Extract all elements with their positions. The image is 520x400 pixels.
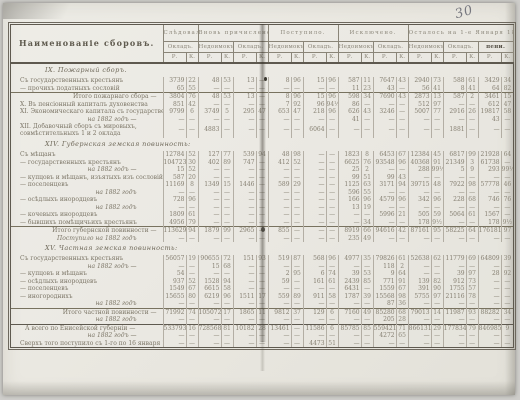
cell-rubles: 295 — [233, 108, 256, 116]
cell-rubles: — — [408, 235, 431, 243]
cell-rubles: 11779 — [443, 255, 466, 263]
cell-rubles: — — [303, 159, 326, 167]
cell-rubles: — — [233, 211, 256, 219]
cell-rubles: 5064 — [443, 211, 466, 219]
cell-kopecks: 77 — [431, 108, 443, 116]
cell-rubles: 3171 — [373, 181, 396, 189]
cell-kopecks: 76 — [361, 159, 373, 167]
row-label: Поступило на 1882 годъ — [11, 235, 163, 243]
cell-rubles: — — [443, 116, 466, 124]
cell-kopecks: — — [501, 116, 513, 124]
cell-kopecks: — — [221, 116, 233, 124]
cell-rubles: 653 — [268, 108, 291, 116]
cell-rubles: 127 — [198, 151, 221, 159]
cell-rubles: 533793 — [163, 324, 186, 332]
cell-rubles: 13461 — [268, 324, 291, 332]
cell-rubles: 43 — [373, 85, 396, 93]
cell-rubles: — — [478, 300, 501, 308]
cell-kopecks: 6 — [326, 324, 338, 332]
cell-kopecks: — — [221, 196, 233, 204]
scanned-ledger-page: 30 Наименованіе сборовъ.Слѣдовало поступ… — [0, 0, 520, 400]
cell-kopecks: 5 — [221, 108, 233, 116]
row-label: на 1882 годъ — — [11, 332, 163, 340]
cell-kopecks: 61 — [396, 255, 408, 263]
cell-kopecks: 73 — [466, 278, 478, 286]
cell-rubles: 129 — [303, 308, 326, 316]
cell-rubles: — — [233, 332, 256, 340]
cell-rubles: 846985 — [478, 324, 501, 332]
cell-rubles: 178 — [408, 219, 431, 227]
cell-kopecks: 15 — [221, 181, 233, 189]
cell-kopecks: 92 — [501, 270, 513, 278]
cell-rubles: 28 — [478, 270, 501, 278]
cell-rubles: — — [268, 116, 291, 124]
unit-kop: К. — [221, 53, 233, 64]
cell-kopecks: 77 — [221, 151, 233, 159]
column-subheader: пени. — [478, 42, 513, 53]
cell-rubles: — — [338, 211, 361, 219]
cell-rubles: 747 — [233, 159, 256, 167]
cell-rubles: — — [198, 332, 221, 340]
cell-rubles: — — [443, 263, 466, 271]
cell-rubles: 1881 — [443, 123, 466, 138]
cell-kopecks: 41 — [466, 85, 478, 93]
cell-rubles: 86 — [338, 101, 361, 109]
cell-rubles: 161 — [303, 278, 326, 286]
cell-rubles: 3461 — [478, 93, 501, 101]
cell-rubles: — — [408, 316, 431, 324]
cell-kopecks: — — [361, 211, 373, 219]
cell-rubles: 205 — [373, 316, 396, 324]
cell-kopecks: — — [221, 204, 233, 212]
cell-kopecks: — — [501, 123, 513, 138]
cell-kopecks: 9½ — [501, 219, 513, 227]
cell-rubles: 3804 — [163, 93, 186, 101]
cell-rubles: 104723 — [163, 159, 186, 167]
cell-rubles: 87 — [373, 300, 396, 308]
cell-kopecks: 9½ — [431, 219, 443, 227]
cell-rubles: — — [373, 101, 396, 109]
cell-rubles: 40368 — [408, 159, 431, 167]
cell-rubles: 64 — [478, 85, 501, 93]
unit-rub: Р. — [478, 53, 501, 64]
cell-kopecks: 61 — [326, 278, 338, 286]
cell-rubles: 48 — [198, 77, 221, 85]
cell-kopecks: — — [361, 316, 373, 324]
cell-rubles: 3739 — [163, 77, 186, 85]
cell-rubles: 1823 — [338, 151, 361, 159]
cell-kopecks: 2 — [396, 263, 408, 271]
row-label: — бывшихъ помѣщичьихъ крестьянъ — [11, 219, 163, 227]
cell-kopecks: 96 — [396, 159, 408, 167]
unit-rub: Р. — [233, 53, 256, 64]
cell-rubles: 4883 — [198, 123, 221, 138]
cell-kopecks: 52 — [186, 166, 198, 174]
unit-kop: К. — [291, 53, 303, 64]
cell-kopecks: — — [291, 219, 303, 227]
cell-kopecks: 37 — [291, 308, 303, 316]
cell-rubles: 587 — [443, 93, 466, 101]
cell-rubles: — — [198, 300, 221, 308]
cell-rubles: — — [338, 263, 361, 271]
cell-kopecks: 34 — [501, 308, 513, 316]
cell-kopecks: 79 — [186, 219, 198, 227]
cell-rubles: — — [233, 123, 256, 138]
cell-kopecks: — — [326, 235, 338, 243]
cell-rubles: — — [338, 340, 361, 348]
cell-rubles: 293 — [478, 166, 501, 174]
cell-rubles: 9812 — [268, 308, 291, 316]
cell-rubles: — — [478, 293, 501, 301]
cell-kopecks: — — [431, 300, 443, 308]
cell-kopecks: 61 — [466, 211, 478, 219]
cell-rubles: 6431 — [338, 285, 361, 293]
cell-rubles: 93548 — [373, 159, 396, 167]
cell-rubles: — — [198, 85, 221, 93]
unit-kop: К. — [361, 53, 373, 64]
cell-kopecks: — — [326, 189, 338, 197]
cell-kopecks: — — [186, 332, 198, 340]
cell-rubles: — — [198, 101, 221, 109]
cell-kopecks: — — [326, 300, 338, 308]
cell-kopecks: 91 — [431, 159, 443, 167]
cell-rubles: 13 — [233, 77, 256, 85]
cell-kopecks: — — [291, 211, 303, 219]
cell-rubles: — — [303, 85, 326, 93]
cell-kopecks: 14 — [431, 308, 443, 316]
cell-kopecks: 64 — [466, 227, 478, 235]
cell-kopecks: — — [291, 332, 303, 340]
cell-rubles: 5755 — [408, 293, 431, 301]
unit-kop: К. — [326, 53, 338, 64]
cell-rubles: — — [303, 285, 326, 293]
cell-rubles: 96 — [303, 101, 326, 109]
cell-rubles: — — [198, 189, 221, 197]
cell-kopecks: 6 — [326, 308, 338, 316]
cell-kopecks: 94 — [186, 227, 198, 235]
cell-rubles: 8 — [268, 93, 291, 101]
cell-rubles: — — [408, 270, 431, 278]
cell-rubles: 21116 — [443, 293, 466, 301]
cell-rubles: 5007 — [408, 108, 431, 116]
cell-kopecks: 82 — [501, 85, 513, 93]
cell-kopecks: 96 — [326, 93, 338, 101]
cell-rubles: 39 — [443, 270, 466, 278]
cell-rubles: 8 — [268, 77, 291, 85]
cell-kopecks: 97 — [431, 293, 443, 301]
cell-kopecks: 87 — [291, 255, 303, 263]
cell-kopecks: 98 — [291, 151, 303, 159]
cell-kopecks: — — [361, 340, 373, 348]
cell-rubles: — — [478, 174, 501, 182]
cell-kopecks: — — [501, 211, 513, 219]
cell-kopecks: 94 — [396, 181, 408, 189]
cell-kopecks: 35 — [361, 255, 373, 263]
cell-kopecks: — — [221, 189, 233, 197]
cell-rubles: 588 — [443, 77, 466, 85]
cell-kopecks: 23 — [361, 85, 373, 93]
cell-kopecks: 98 — [396, 293, 408, 301]
cell-kopecks: — — [291, 285, 303, 293]
cell-kopecks: — — [501, 204, 513, 212]
cell-rubles: — — [303, 174, 326, 182]
cell-kopecks: 11 — [361, 77, 373, 85]
cell-rubles: 151 — [233, 255, 256, 263]
row-label: — купцовъ и мѣщанъ — [11, 270, 163, 278]
cell-rubles: 21349 — [443, 159, 466, 167]
cell-rubles: — — [268, 174, 291, 182]
cell-kopecks: 99 — [466, 151, 478, 159]
cell-kopecks: 45 — [431, 151, 443, 159]
cell-kopecks: — — [291, 166, 303, 174]
cell-kopecks: 57 — [466, 285, 478, 293]
cell-rubles: 56 — [408, 85, 431, 93]
cell-kopecks: — — [501, 340, 513, 348]
cell-rubles: 3749 — [198, 108, 221, 116]
cell-kopecks: — — [221, 174, 233, 182]
cell-rubles: 9 — [373, 270, 396, 278]
cell-rubles: — — [303, 300, 326, 308]
cell-kopecks: 53 — [221, 93, 233, 101]
cell-rubles: — — [163, 123, 186, 138]
cell-rubles: 1755 — [443, 285, 466, 293]
cell-rubles: 1125 — [338, 181, 361, 189]
cell-rubles: 626 — [338, 108, 361, 116]
cell-kopecks: — — [326, 85, 338, 93]
unit-rub: Р. — [303, 53, 326, 64]
cell-kopecks: — — [361, 285, 373, 293]
cell-kopecks: — — [186, 116, 198, 124]
handwritten-folio-number: 30 — [453, 3, 475, 23]
cell-rubles: — — [443, 219, 466, 227]
cell-kopecks: 48 — [431, 181, 443, 189]
row-label: на 1882 годъ — [11, 189, 163, 197]
cell-kopecks: 47 — [291, 108, 303, 116]
cell-kopecks: — — [221, 316, 233, 324]
cell-rubles: 64809 — [478, 255, 501, 263]
cell-kopecks: — — [186, 123, 198, 138]
cell-rubles: — — [163, 340, 186, 348]
cell-kopecks: 80 — [186, 293, 198, 301]
cell-kopecks: — — [291, 324, 303, 332]
cell-kopecks: 65 — [396, 332, 408, 340]
cell-kopecks: 53 — [221, 77, 233, 85]
cell-rubles: — — [233, 204, 256, 212]
cell-rubles: 56057 — [163, 255, 186, 263]
cell-kopecks: — — [466, 123, 478, 138]
cell-rubles: — — [373, 123, 396, 138]
cell-kopecks: — — [291, 278, 303, 286]
cell-rubles: 11987 — [443, 308, 466, 316]
cell-kopecks: 63 — [361, 181, 373, 189]
cell-kopecks: 34 — [501, 77, 513, 85]
row-label: — поселенцевъ — [11, 285, 163, 293]
cell-kopecks: — — [221, 166, 233, 174]
cell-kopecks: — — [326, 219, 338, 227]
cell-kopecks: 67 — [186, 285, 198, 293]
cell-rubles: 6453 — [373, 151, 396, 159]
cell-rubles: — — [233, 278, 256, 286]
cell-rubles: 228 — [443, 196, 466, 204]
cell-kopecks: — — [326, 181, 338, 189]
cell-kopecks: — — [361, 116, 373, 124]
cell-rubles: — — [478, 235, 501, 243]
cell-kopecks: — — [326, 123, 338, 138]
unit-kop: К. — [431, 53, 443, 64]
ink-blot — [261, 227, 265, 232]
cell-kopecks: — — [326, 263, 338, 271]
cell-kopecks: — — [291, 204, 303, 212]
cell-kopecks: 19 — [361, 204, 373, 212]
cell-kopecks: 67 — [396, 151, 408, 159]
cell-rubles: — — [338, 332, 361, 340]
cell-kopecks: — — [431, 332, 443, 340]
cell-kopecks: 74 — [186, 308, 198, 316]
cell-rubles: — — [233, 235, 256, 243]
cell-rubles: — — [268, 166, 291, 174]
cell-rubles: — — [268, 204, 291, 212]
row-label: на 1882 годъ — [11, 316, 163, 324]
cell-rubles: 218 — [303, 108, 326, 116]
cell-rubles: 855 — [268, 227, 291, 235]
paper-sheet: 30 Наименованіе сборовъ.Слѣдовало поступ… — [3, 3, 515, 395]
cell-rubles: 59 — [268, 278, 291, 286]
cell-rubles: — — [373, 189, 396, 197]
cell-rubles: — — [163, 189, 186, 197]
cell-rubles: — — [268, 219, 291, 227]
cell-kopecks: — — [466, 101, 478, 109]
column-group-header: Вновь причислено. — [198, 25, 268, 42]
cell-kopecks: — — [186, 300, 198, 308]
cell-kopecks: — — [466, 219, 478, 227]
cell-rubles: — — [373, 219, 396, 227]
row-label: Итого частной повинности — — [11, 308, 163, 316]
cell-kopecks: — — [466, 116, 478, 124]
cell-kopecks: 91 — [396, 278, 408, 286]
cell-kopecks: — — [466, 189, 478, 197]
row-label: XI. Экономическаго капитала съ государст… — [11, 108, 163, 116]
cell-kopecks: — — [396, 85, 408, 93]
cell-rubles: — — [303, 151, 326, 159]
cell-rubles: — — [373, 340, 396, 348]
cell-rubles: 1809 — [163, 211, 186, 219]
cell-rubles: — — [198, 219, 221, 227]
cell-rubles: — — [408, 189, 431, 197]
cell-kopecks: 58 — [221, 285, 233, 293]
cell-kopecks: 58 — [326, 293, 338, 301]
cell-rubles: 43 — [478, 116, 501, 124]
cell-kopecks: 43 — [396, 174, 408, 182]
cell-rubles: 6219 — [198, 293, 221, 301]
cell-rubles: 235 — [338, 235, 361, 243]
cell-rubles: — — [198, 316, 221, 324]
cell-rubles: 10182 — [233, 324, 256, 332]
cell-rubles: — — [408, 116, 431, 124]
cell-rubles: — — [268, 316, 291, 324]
cell-kopecks: — — [326, 227, 338, 235]
cell-rubles: — — [408, 263, 431, 271]
cell-rubles: — — [478, 263, 501, 271]
cell-rubles: 11586 — [303, 324, 326, 332]
cell-kopecks: 97 — [501, 227, 513, 235]
cell-rubles: — — [478, 189, 501, 197]
cell-rubles: — — [303, 235, 326, 243]
cell-kopecks: 73 — [431, 77, 443, 85]
cell-rubles: 596 — [338, 189, 361, 197]
cell-rubles: 7 — [268, 101, 291, 109]
cell-kopecks: 36 — [396, 300, 408, 308]
cell-rubles: — — [408, 332, 431, 340]
row-label: Итого губернской повинности — — [11, 227, 163, 235]
cell-rubles: 8919 — [338, 227, 361, 235]
cell-kopecks: — — [396, 101, 408, 109]
cell-rubles: 13 — [338, 204, 361, 212]
cell-rubles: — — [303, 316, 326, 324]
cell-rubles: 99 — [373, 174, 396, 182]
cell-rubles: 61738 — [478, 159, 501, 167]
cell-kopecks: — — [396, 166, 408, 174]
cell-kopecks: 74 — [326, 270, 338, 278]
cell-rubles: 3429 — [478, 77, 501, 85]
cell-kopecks: — — [466, 204, 478, 212]
cell-kopecks: — — [326, 204, 338, 212]
cell-rubles: — — [233, 300, 256, 308]
cell-rubles: 25 — [338, 166, 361, 174]
column-subheader: Окладъ. — [163, 42, 198, 53]
cell-kopecks: — — [501, 278, 513, 286]
cell-kopecks: — — [501, 316, 513, 324]
cell-kopecks: — — [291, 189, 303, 197]
cell-kopecks: — — [501, 235, 513, 243]
cell-kopecks: 51 — [326, 340, 338, 348]
cell-kopecks: 96 — [396, 196, 408, 204]
cell-rubles: 1865 — [233, 308, 256, 316]
cell-kopecks: — — [361, 300, 373, 308]
cell-rubles: 912 — [443, 278, 466, 286]
cell-kopecks: 61 — [466, 77, 478, 85]
cell-kopecks: — — [431, 189, 443, 197]
cell-rubles: 1528 — [198, 278, 221, 286]
cell-rubles: 105072 — [198, 308, 221, 316]
cell-kopecks: — — [186, 204, 198, 212]
row-label: на 1882 годъ — — [11, 116, 163, 124]
unit-kop: К. — [501, 53, 513, 64]
cell-kopecks: — — [501, 189, 513, 197]
cell-rubles: 11 — [338, 85, 361, 93]
cell-rubles: 402 — [198, 159, 221, 167]
cell-kopecks: — — [221, 219, 233, 227]
cell-kopecks: — — [221, 101, 233, 109]
column-subheader: Окладъ. — [303, 42, 338, 53]
cell-rubles: 7690 — [373, 93, 396, 101]
cell-rubles: 15568 — [373, 293, 396, 301]
cell-rubles: 559 — [268, 293, 291, 301]
cell-rubles: — — [268, 263, 291, 271]
cell-rubles: — — [303, 219, 326, 227]
cell-rubles: 612 — [478, 101, 501, 109]
cell-rubles: 3246 — [373, 108, 396, 116]
cell-rubles: — — [303, 116, 326, 124]
cell-rubles: 4473 — [303, 340, 326, 348]
cell-rubles: — — [478, 204, 501, 212]
cell-kopecks: — — [501, 293, 513, 301]
cell-kopecks: 39 — [501, 255, 513, 263]
cell-kopecks: — — [396, 235, 408, 243]
cell-kopecks: 42 — [396, 227, 408, 235]
cell-kopecks: 94 — [221, 278, 233, 286]
cell-kopecks: — — [431, 235, 443, 243]
cell-kopecks: 95 — [291, 270, 303, 278]
